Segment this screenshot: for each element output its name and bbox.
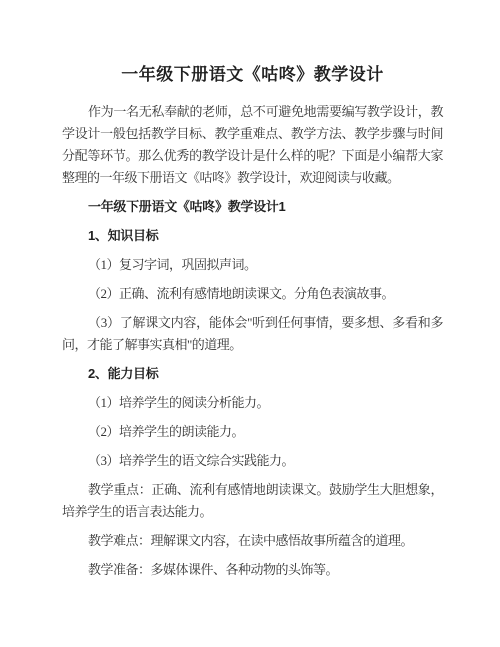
knowledge-goal-item-2: （2）正确、流利有感情地朗读课文。分角色表演故事。: [62, 283, 443, 305]
ability-goal-item-3: （3）培养学生的语文综合实践能力。: [62, 450, 443, 472]
knowledge-goal-item-3: （3）了解课文内容，能体会"听到任何事情，要多想、多看和多问，才能了解事实真相"…: [62, 312, 443, 356]
document-title: 一年级下册语文《咕咚》教学设计: [62, 62, 443, 88]
heading-ability-goals: 2、能力目标: [62, 363, 443, 385]
intro-paragraph: 作为一名无私奉献的老师，总不可避免地需要编写教学设计，教学设计一般包括教学目标、…: [62, 101, 443, 189]
document-page: 一年级下册语文《咕咚》教学设计 作为一名无私奉献的老师，总不可避免地需要编写教学…: [0, 0, 500, 647]
teaching-preparation-paragraph: 教学准备：多媒体课件、各种动物的头饰等。: [62, 559, 443, 581]
ability-goal-item-1: （1）培养学生的阅读分析能力。: [62, 392, 443, 414]
teaching-focus-paragraph: 教学重点：正确、流利有感情地朗读课文。鼓励学生大胆想象，培养学生的语言表达能力。: [62, 479, 443, 523]
knowledge-goal-item-1: （1）复习字词，巩固拟声词。: [62, 254, 443, 276]
teaching-difficulty-paragraph: 教学难点：理解课文内容，在读中感悟故事所蕴含的道理。: [62, 530, 443, 552]
ability-goal-item-2: （2）培养学生的朗读能力。: [62, 421, 443, 443]
heading-knowledge-goals: 1、知识目标: [62, 225, 443, 247]
document-subtitle: 一年级下册语文《咕咚》教学设计1: [62, 196, 443, 218]
